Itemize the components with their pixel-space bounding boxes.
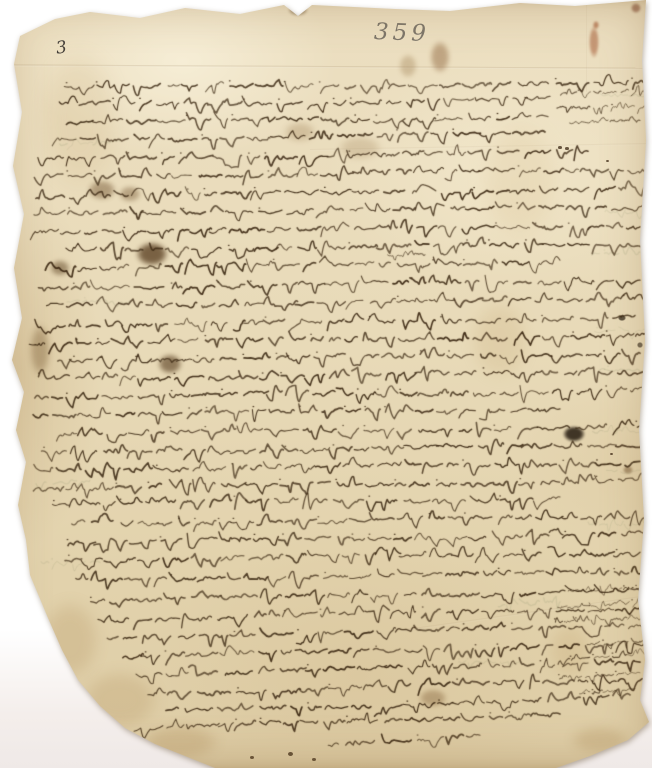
paper-shadow-wrap: 3 359 [0,0,652,768]
handwriting-layer [0,0,652,768]
page-number: 359 [374,19,431,47]
manuscript-page: 3 359 [0,0,652,768]
manuscript-scan: 3 359 [0,0,652,768]
